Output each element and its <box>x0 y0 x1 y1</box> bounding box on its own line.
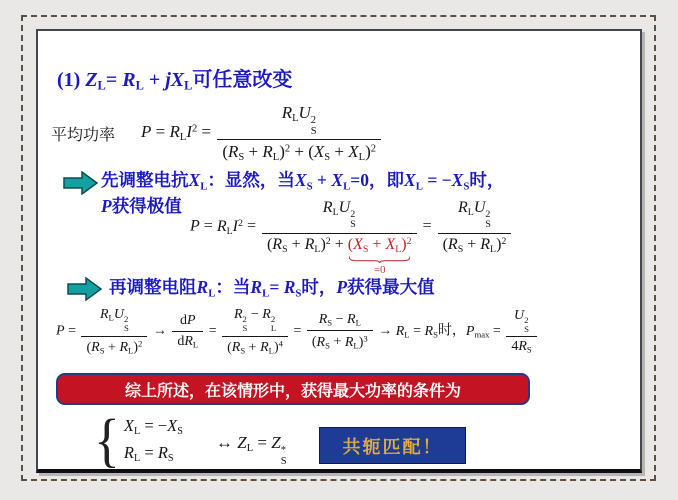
condition-system: { XL = −XS RL = RS <box>94 413 183 467</box>
step2-arrow-icon <box>67 277 103 301</box>
average-power-formula: P = RLI2 = RLU2S(RS + RL)2 + (XS + XL)2 <box>141 103 383 164</box>
conjugate-match-label: 共轭匹配！ <box>343 433 443 459</box>
system-equations: XL = −XS RL = RS <box>124 416 183 463</box>
conclusion-banner-text: 综上所述，在该情形中，获得最大功率的条件为 <box>125 378 461 401</box>
average-power-row: 平均功率 P = RLI2 = RLU2S(RS + RL)2 + (XS + … <box>51 103 383 164</box>
slide-canvas: (1) ZL= RL + jXL可任意改变 平均功率 P = RLI2 = RL… <box>36 29 642 473</box>
underbrace-icon <box>349 256 410 263</box>
system-brace: { <box>94 410 120 469</box>
extremum-formula: P = RLI2 = RLU2S(RS + RL)2 + (XS + XL)2=… <box>190 199 513 255</box>
conjugate-equation: ↔ ZL = Z*S <box>216 433 287 467</box>
equation-rl: RL = RS <box>124 443 183 464</box>
step1-arrow-icon <box>63 171 99 195</box>
equation-xl: XL = −XS <box>124 416 183 437</box>
derivative-formula: P = RLU2S(RS + RL)2 → dPdRL = R2S − R2L(… <box>56 307 539 356</box>
conjugate-match-box: 共轭匹配！ <box>319 427 466 464</box>
step1-text-line2: P获得极值 <box>101 193 182 218</box>
average-power-label: 平均功率 <box>51 122 115 145</box>
conclusion-banner: 综上所述，在该情形中，获得最大功率的条件为 <box>56 373 530 405</box>
step1-text-line1: 先调整电抗XL：显然，当XS + XL=0，即XL = −XS时， <box>101 167 504 192</box>
slide-title: (1) ZL= RL + jXL可任意改变 <box>57 63 292 94</box>
step2-text-line: 再调整电阻RL：当RL= RS时，P获得最大值 <box>109 274 435 299</box>
